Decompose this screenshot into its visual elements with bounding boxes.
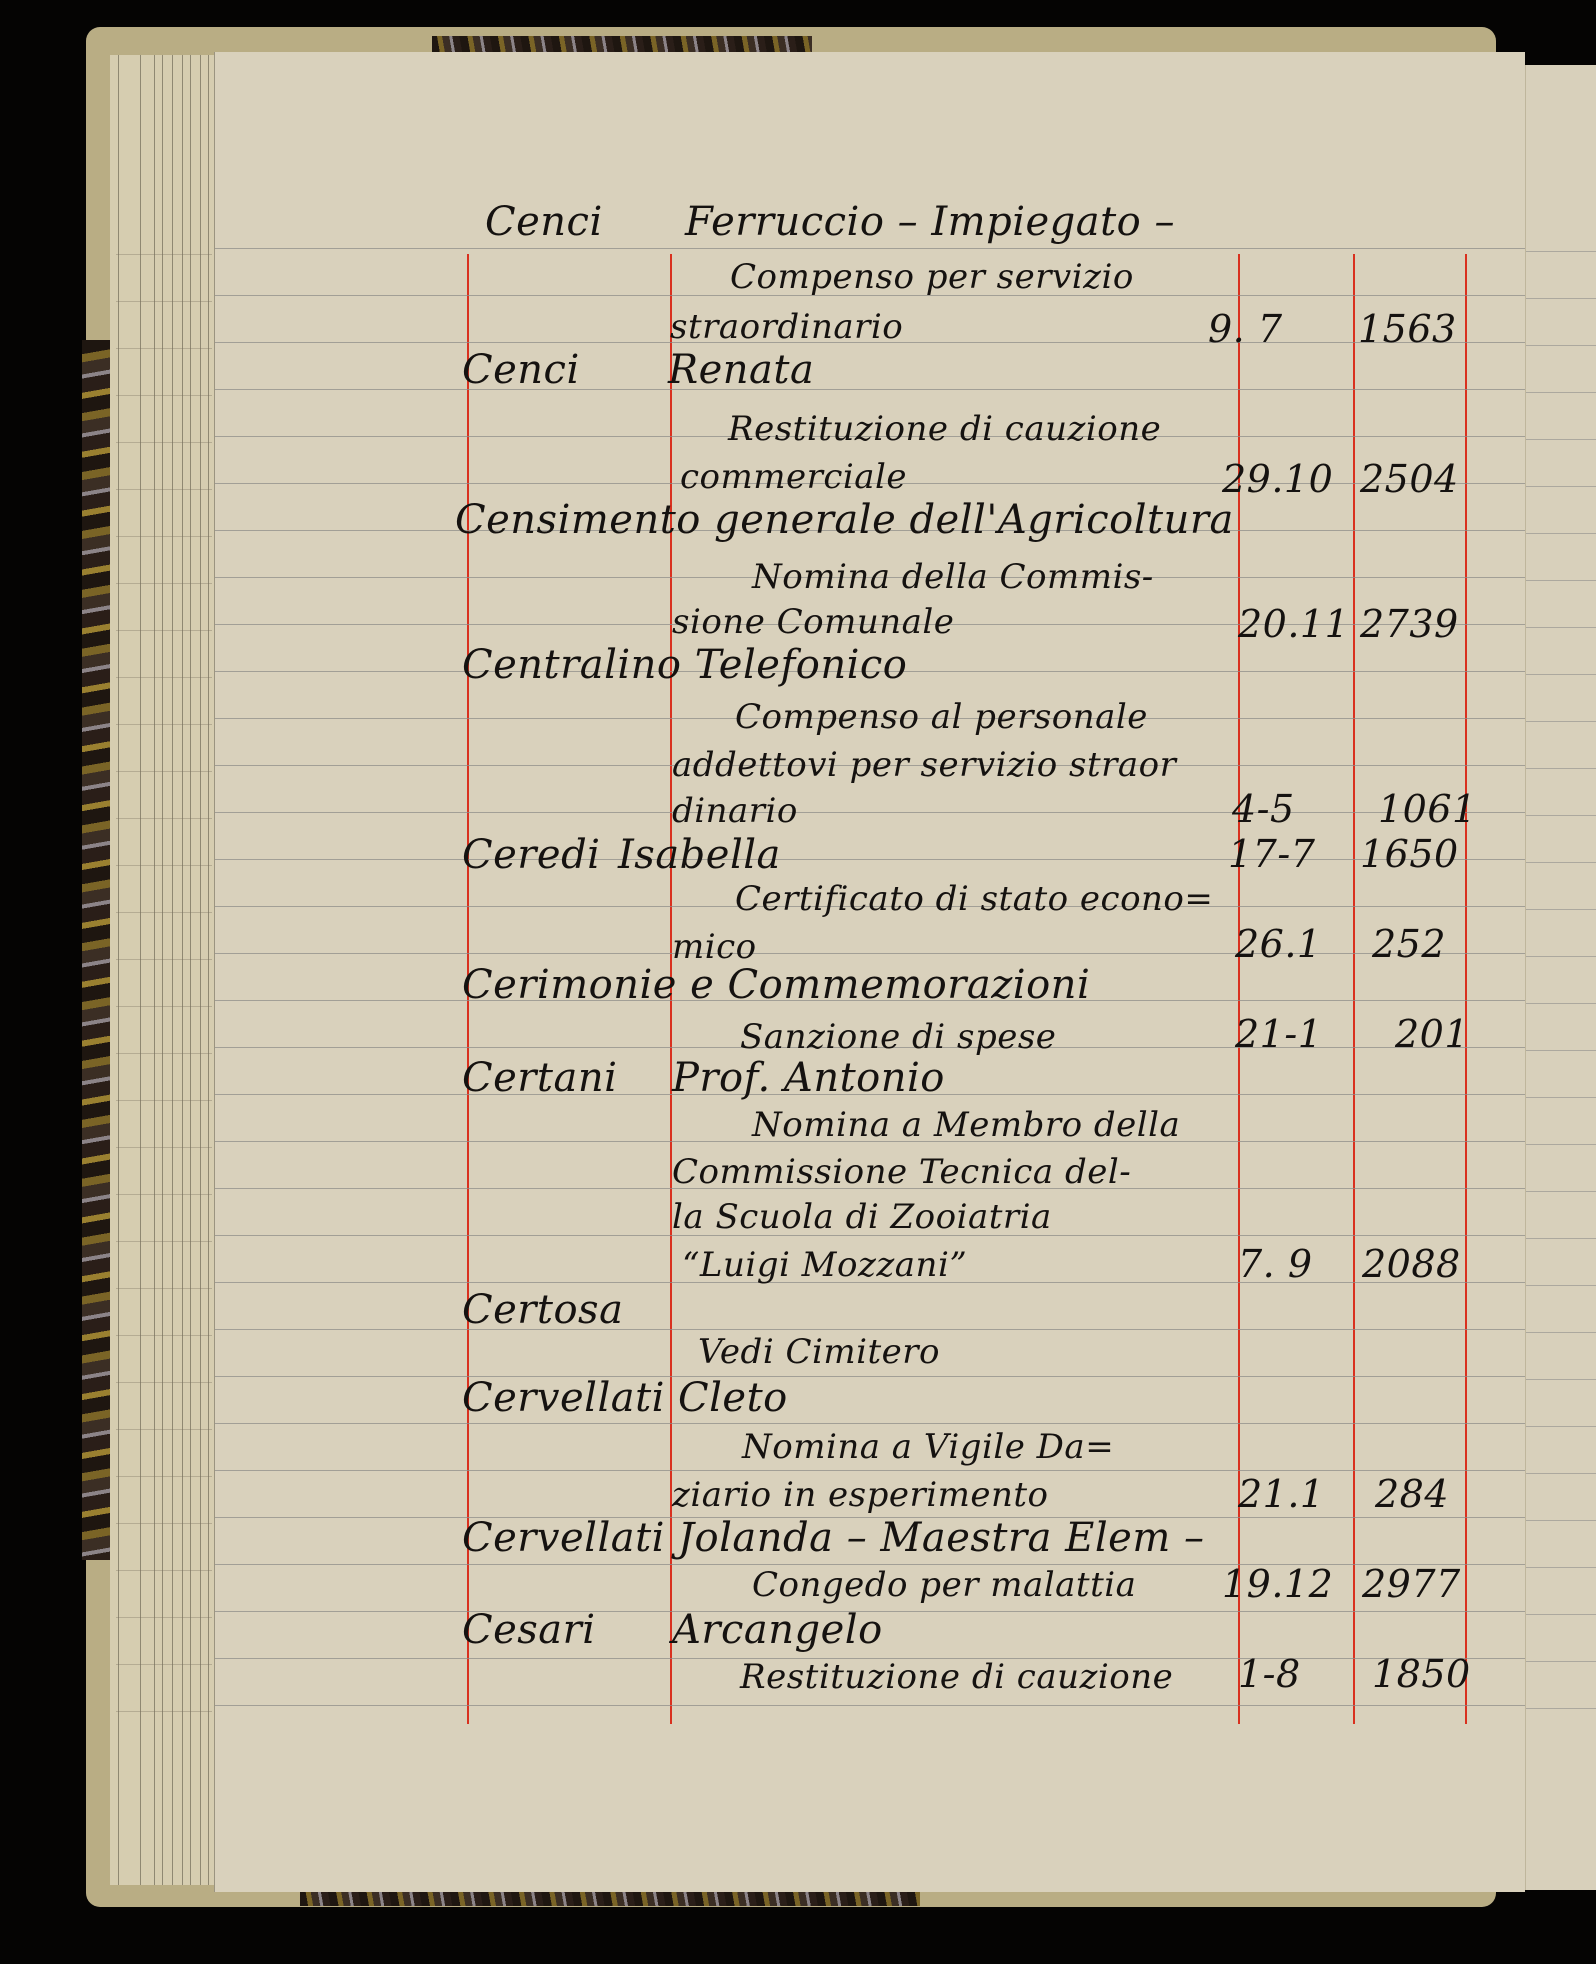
entry-date: 17-7 [1228, 835, 1315, 873]
stack-tick [116, 1053, 212, 1054]
entry-subject: commerciale [680, 460, 907, 494]
stack-tick [116, 348, 212, 349]
ruled-line [1526, 1097, 1596, 1098]
ruled-line [1526, 298, 1596, 299]
entry-surname: Cervellati [462, 1378, 665, 1418]
stack-tick [116, 1006, 212, 1007]
stack-tick [116, 630, 212, 631]
ruled-line [1526, 1191, 1596, 1192]
entry-number: 2504 [1360, 460, 1459, 498]
stack-tick [116, 1617, 212, 1618]
ruled-line [1526, 1285, 1596, 1286]
ruled-line [215, 1376, 1525, 1377]
ruled-line [215, 859, 1525, 860]
ruled-line [1526, 1661, 1596, 1662]
ruled-line [1526, 1332, 1596, 1333]
entry-surname: Cenci [462, 350, 580, 390]
ruled-line [1526, 1708, 1596, 1709]
stack-tick [116, 1241, 212, 1242]
entry-date: 20.11 [1238, 605, 1349, 643]
page-stack [110, 55, 216, 1885]
ruled-line [1526, 345, 1596, 346]
entry-subject: “Luigi Mozzani” [682, 1248, 967, 1282]
ruled-line [1526, 909, 1596, 910]
entry-subject: sione Comunale [672, 605, 954, 639]
stack-tick [116, 1664, 212, 1665]
stack-tick [116, 959, 212, 960]
facing-page-edge [1524, 65, 1596, 1890]
entry-date: 29.10 [1222, 460, 1333, 498]
stack-tick [116, 254, 212, 255]
entry-subject: la Scuola di Zooiatria [672, 1200, 1052, 1234]
stack-tick [116, 1570, 212, 1571]
entry-date: 21.1 [1238, 1475, 1325, 1513]
entry-number: 2739 [1360, 605, 1459, 643]
entry-number: 1650 [1360, 835, 1459, 873]
ruled-line [1526, 674, 1596, 675]
entry-subject: Vedi Cimitero [698, 1335, 940, 1369]
ruled-line [1526, 439, 1596, 440]
stack-tick [116, 1100, 212, 1101]
ruled-line [1526, 1567, 1596, 1568]
stack-tick [116, 442, 212, 443]
entry-surname: Cenci [485, 202, 603, 242]
stack-tick [116, 1194, 212, 1195]
column-rule-right [1465, 254, 1467, 1724]
stack-tick [116, 1429, 212, 1430]
entry-given-name: Isabella [618, 835, 781, 875]
entry-number: 252 [1372, 925, 1446, 963]
ruled-line [1526, 1238, 1596, 1239]
entry-given-name: Ferruccio – Impiegato – [685, 202, 1175, 242]
ruled-line [1526, 1520, 1596, 1521]
entry-number: 2977 [1362, 1565, 1461, 1603]
entry-given-name: Arcangelo [672, 1610, 883, 1650]
ruled-line [1526, 627, 1596, 628]
entry-heading: Centralino Telefonico [462, 645, 907, 685]
ruled-line [1526, 1614, 1596, 1615]
stack-tick [116, 1476, 212, 1477]
entry-date: 26.1 [1235, 925, 1322, 963]
ruled-line [215, 953, 1525, 954]
entry-subject: Compenso per servizio [730, 260, 1134, 294]
entry-heading: Cerimonie e Commemorazioni [462, 965, 1090, 1005]
ruled-line [1526, 721, 1596, 722]
stack-tick [116, 1288, 212, 1289]
stack-tick [116, 489, 212, 490]
entry-surname: Cesari [462, 1610, 596, 1650]
ruled-line [215, 1470, 1525, 1471]
ruled-line [215, 812, 1525, 813]
entry-subject: Nomina a Vigile Da= [742, 1430, 1114, 1464]
entry-surname: Ceredi [462, 835, 600, 875]
entry-subject: dinario [672, 794, 798, 828]
entry-subject: mico [672, 930, 757, 964]
entry-subject: Congedo per malattia [752, 1568, 1136, 1602]
entry-surname: Certani [462, 1058, 617, 1098]
ruled-line [1526, 815, 1596, 816]
stack-tick [116, 1711, 212, 1712]
ruled-line [1526, 1144, 1596, 1145]
entry-subject: Nomina a Membro della [752, 1108, 1180, 1142]
stack-tick [116, 1147, 212, 1148]
stack-tick [116, 818, 212, 819]
ruled-line [1526, 1379, 1596, 1380]
entry-number: 1850 [1372, 1655, 1471, 1693]
stack-tick [116, 724, 212, 725]
marbled-cover-bottom [300, 1892, 920, 1906]
ruled-line [1526, 392, 1596, 393]
entry-number: 1563 [1358, 310, 1457, 348]
entry-subject: Sanzione di spese [740, 1020, 1056, 1054]
stack-tick [116, 912, 212, 913]
entry-surname: Cervellati [462, 1518, 665, 1558]
entry-given-name: Prof. Antonio [672, 1058, 945, 1098]
stack-tick [116, 677, 212, 678]
entry-date: 19.12 [1222, 1565, 1333, 1603]
entry-date: 1-8 [1238, 1655, 1301, 1693]
stack-tick [116, 395, 212, 396]
entry-heading: Censimento generale dell'Agricoltura [455, 500, 1234, 540]
ruled-line [1526, 486, 1596, 487]
entry-given-name: Cleto [678, 1378, 788, 1418]
stack-tick [116, 771, 212, 772]
entry-subject: ziario in esperimento [672, 1478, 1049, 1512]
entry-number: 1061 [1378, 790, 1477, 828]
entry-date: 4-5 [1232, 790, 1295, 828]
entry-number: 284 [1375, 1475, 1449, 1513]
ruled-line [215, 1329, 1525, 1330]
ruled-line [1526, 1003, 1596, 1004]
entry-subject: Certificato di stato econo= [735, 882, 1213, 916]
entry-subject: Nomina della Commis- [752, 560, 1154, 594]
ruled-line [1526, 251, 1596, 252]
entry-subject: Compenso al personale [735, 700, 1148, 734]
entry-date: 7. 9 [1238, 1245, 1313, 1283]
ruled-line [215, 389, 1525, 390]
entry-subject: Commissione Tecnica del- [672, 1155, 1131, 1189]
ruled-line [215, 248, 1525, 249]
entry-subject: Restituzione di cauzione [740, 1660, 1173, 1694]
ruled-line [1526, 1426, 1596, 1427]
ruled-line [1526, 1050, 1596, 1051]
column-rule-number [1353, 254, 1355, 1724]
ruled-line [1526, 533, 1596, 534]
entry-subject: addettovi per servizio straor [672, 748, 1176, 782]
entry-given-name: Renata [668, 350, 814, 390]
entry-number: 2088 [1362, 1245, 1461, 1283]
ruled-line [1526, 580, 1596, 581]
entry-given-name: Jolanda – Maestra Elem – [678, 1518, 1204, 1558]
ruled-line [1526, 862, 1596, 863]
stack-tick [116, 1523, 212, 1524]
entry-subject: straordinario [670, 310, 903, 344]
entry-heading: Certosa [462, 1290, 623, 1330]
ruled-line [215, 1423, 1525, 1424]
stack-tick [116, 1335, 212, 1336]
entry-date: 9. 7 [1208, 310, 1283, 348]
entry-number: 201 [1395, 1015, 1469, 1053]
ruled-line [1526, 1473, 1596, 1474]
stack-tick [116, 1382, 212, 1383]
stack-tick [116, 536, 212, 537]
ruled-line [215, 1705, 1525, 1706]
ruled-line [1526, 956, 1596, 957]
entry-subject: Restituzione di cauzione [728, 412, 1161, 446]
stack-tick [116, 865, 212, 866]
entry-date: 21-1 [1235, 1015, 1322, 1053]
ruled-line [1526, 768, 1596, 769]
stack-tick [116, 583, 212, 584]
stack-tick [116, 301, 212, 302]
